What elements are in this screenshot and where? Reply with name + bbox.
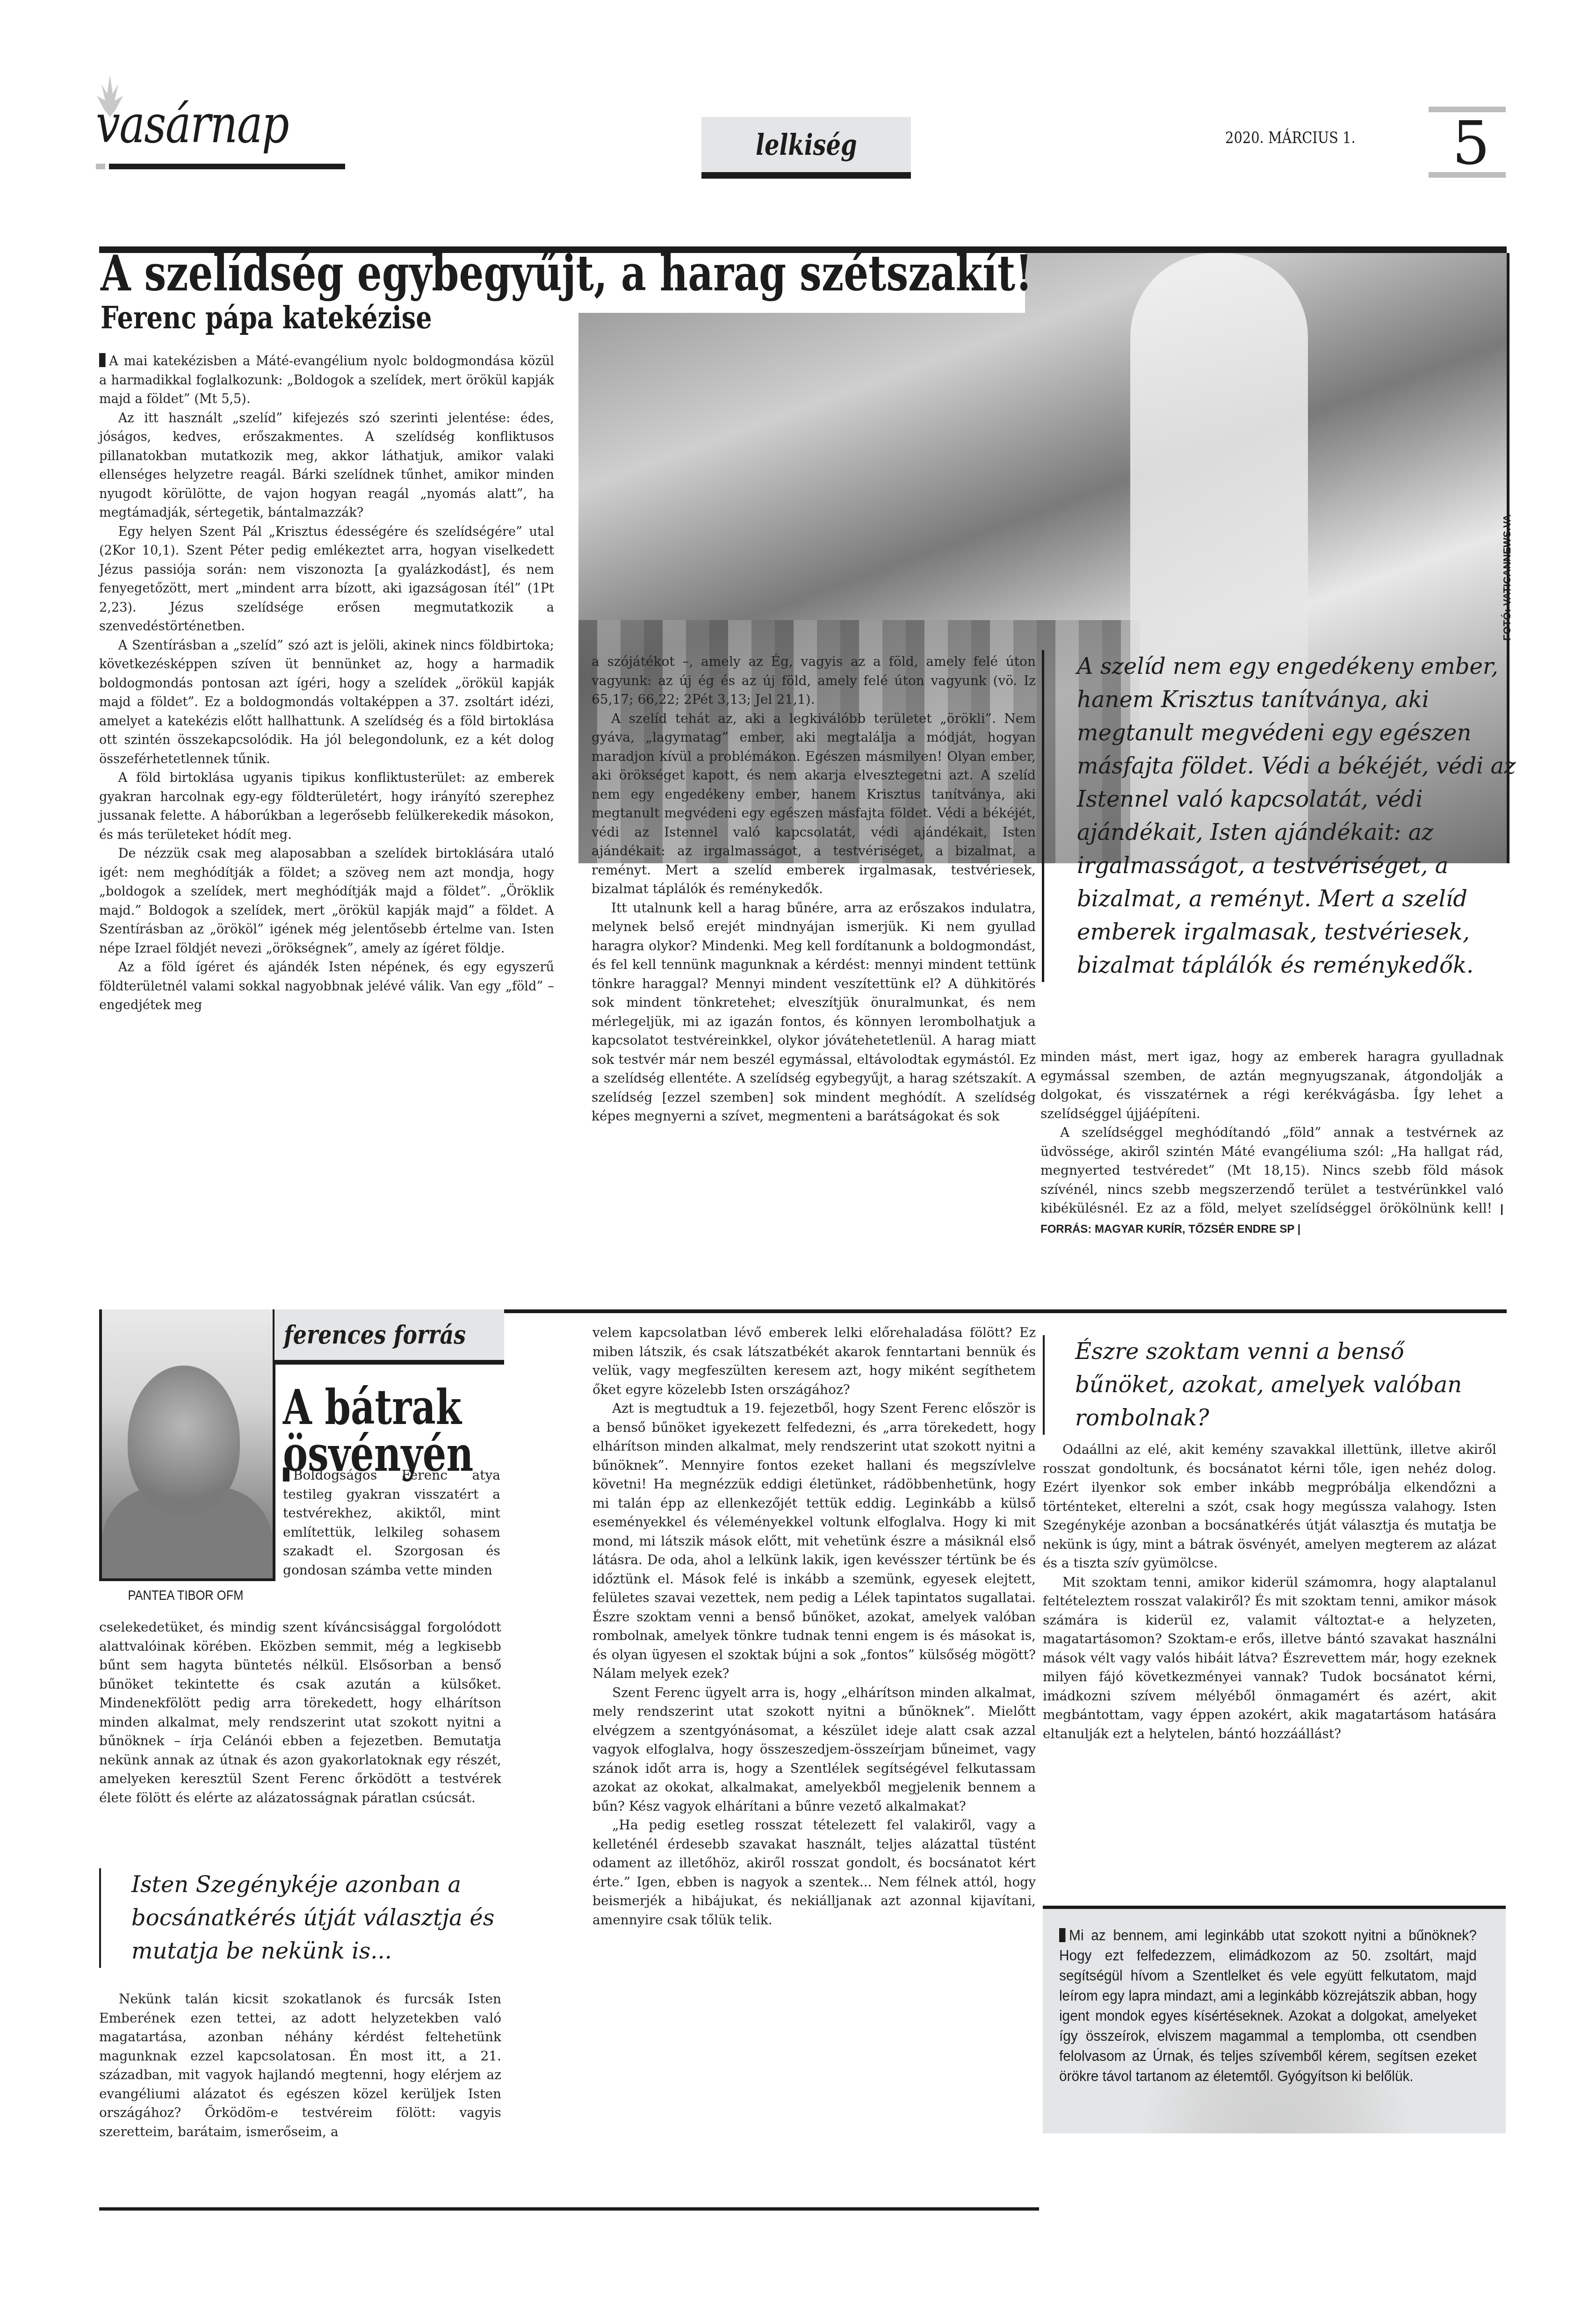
paragraph: De nézzük csak meg alaposabban a szelíde… [99,844,554,958]
subheadline: Ferenc pápa katekézise [101,299,432,336]
paragraph: Egy helyen Szent Pál „Krisztus édességér… [99,522,554,636]
page-number: 5 [1452,114,1490,173]
paragraph: Az a föld ígéret és ajándék Isten népéne… [99,958,554,1015]
issue-date: 2020. MÁRCIUS 1. [1225,129,1356,147]
reflection-text: Mi az bennem, ami leginkább utat szokott… [1059,1925,1477,2086]
paragraph: Szent Ferenc ügyelt arra is, hogy „elhár… [592,1684,1036,1816]
article-title: A bátrak ösvényén [283,1384,487,1478]
paragraph: A föld birtoklása ugyanis tipikus konfli… [99,768,554,844]
page-number-box: 5 [1429,107,1506,177]
headline: A szelídség egybegyűjt, a harag szétszak… [101,239,1033,309]
page-number-bottom-bar [1429,172,1506,178]
pull-quote: Isten Szegénykéje azonban a bocsánatkéré… [99,1868,501,1968]
second-article-intro: Boldogságos Ferenc atya testileg gyakran… [283,1466,500,1580]
paragraph: „Ha pedig esetleg rosszat tételezett fel… [592,1816,1036,1930]
second-article-column-3: Odaállni az elé, akit kemény szavakkal i… [1043,1440,1496,1743]
photo-credit: FOTÓ: VATICANNEWS.VA [1501,500,1514,641]
paragraph-marker [283,1467,289,1482]
lead-article-column-1: A mai katekézisben a Máté-evangélium nyo… [99,352,554,1015]
column-rubric[interactable]: ferences forrás [273,1309,504,1365]
paragraph: Mit szoktam tenni, amikor kiderül számom… [1043,1573,1496,1744]
paragraph: A szelíd tehát az, aki a legkiválóbb ter… [592,709,1036,899]
paragraph-marker [1059,1928,1065,1942]
paragraph: A mai katekézisben a Máté-evangélium nyo… [99,353,554,406]
photo-credit-text: FOTÓ: VATICANNEWS.VA [1501,514,1513,641]
author-portrait [99,1309,275,1581]
paragraph: A Szentírásban a „szelíd” szó azt is jel… [99,636,554,769]
second-article-column-2: velem kapcsolatban lévő emberek lelki el… [592,1323,1036,1930]
pull-quote: A szelíd nem egy engedékeny ember, hanem… [1042,650,1535,982]
portrait-head [128,1366,240,1515]
pull-quote: Észre szoktam venni a benső bűnöket, azo… [1043,1335,1501,1435]
paragraph: Azt is megtudtuk a 19. fejezetből, hogy … [592,1399,1036,1684]
logo-text: vasárnap [96,98,289,151]
section-tab[interactable]: lelkiség [701,117,911,179]
paragraph: Itt utalnunk kell a harag bűnére, arra a… [592,899,1036,1126]
rubric-label: ferences forrás [284,1320,466,1350]
paragraph: velem kapcsolatban lévő emberek lelki el… [592,1323,1036,1399]
paragraph: a szójátékot –, amely az Ég, vagyis az a… [592,652,1036,709]
reflection-paragraph: Mi az bennem, ami leginkább utat szokott… [1059,1927,1477,2084]
logo-rule [109,164,345,169]
masthead-logo[interactable]: vasárnap [96,94,344,164]
paragraph: Odaállni az elé, akit kemény szavakkal i… [1043,1440,1496,1573]
paragraph: Az itt használt „szelíd” kifejezés szó s… [99,409,554,522]
reflection-box: Mi az bennem, ami leginkább utat szokott… [1043,1906,1506,2133]
paragraph: A szelídséggel meghódítandó „föld” annak… [1040,1125,1503,1216]
paragraph: minden mást, mert igaz, hogy az emberek … [1040,1048,1503,1123]
second-article-column-1-end: Nekünk talán kicsit szokatlanok és furcs… [99,1990,501,2141]
section-label: lelkiség [756,128,857,162]
bottom-rule [99,2207,1039,2211]
paragraph: Nekünk talán kicsit szokatlanok és furcs… [99,1990,501,2141]
paragraph-marker [99,353,106,367]
second-article-column-1: cselekedetüket, és mindig szent kíváncsi… [99,1618,501,1807]
paragraph: cselekedetüket, és mindig szent kíváncsi… [99,1618,501,1807]
paragraph: Boldogságos Ferenc atya testileg gyakran… [283,1467,500,1578]
lead-article-column-3: minden mást, mert igaz, hogy az emberek … [1040,1048,1503,1239]
lead-article-column-2: a szójátékot –, amely az Ég, vagyis az a… [592,652,1036,1126]
author-name: PANTEA TIBOR OFM [112,1588,260,1604]
logo-rule-accent [96,164,105,169]
